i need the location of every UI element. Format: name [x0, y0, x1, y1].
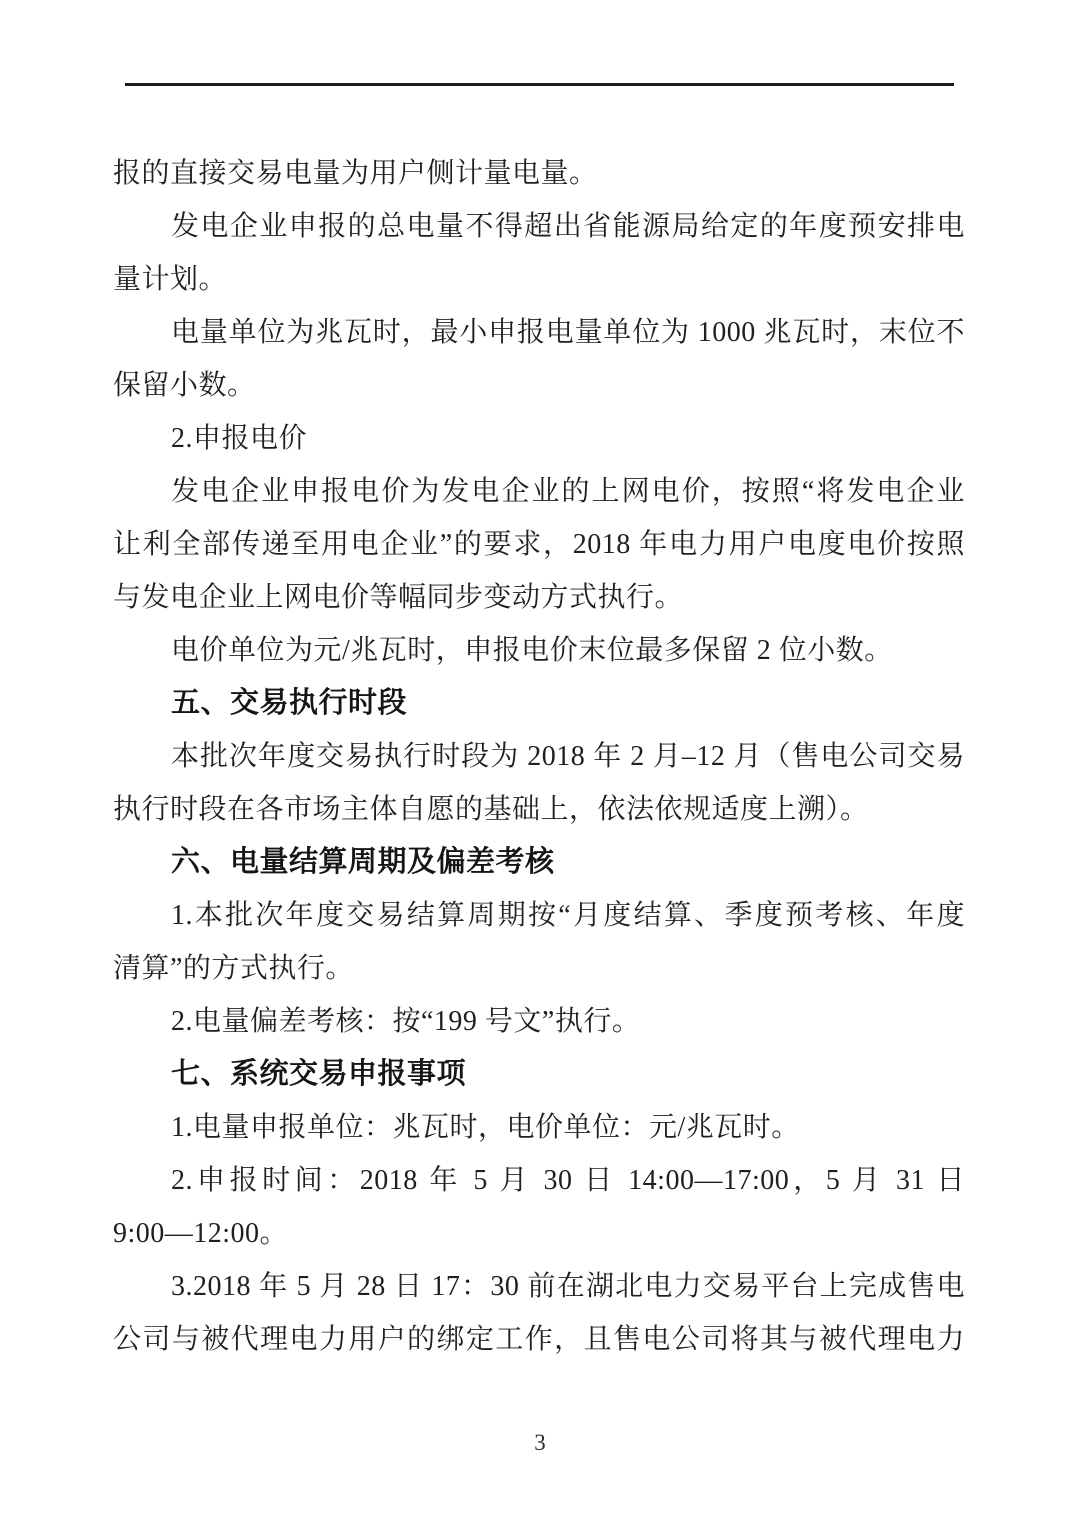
section-heading: 六、电量结算周期及偏差考核 — [113, 836, 965, 889]
text-line: 清算”的方式执行。 — [113, 942, 965, 995]
section-heading: 七、系统交易申报事项 — [113, 1048, 965, 1101]
text-line: 与发电企业上网电价等幅同步变动方式执行。 — [113, 571, 965, 624]
text-line: 电价单位为元/兆瓦时，申报电价末位最多保留 2 位小数。 — [113, 624, 965, 677]
text-line: 报的直接交易电量为用户侧计量电量。 — [113, 147, 965, 200]
text-line: 量计划。 — [113, 253, 965, 306]
text-line: 2.申报时间：2018 年 5 月 30 日 14:00—17:00，5 月 3… — [113, 1154, 965, 1207]
text-line: 发电企业申报电价为发电企业的上网电价，按照“将发电企业 — [113, 465, 965, 518]
header-rule — [125, 83, 954, 86]
text-line: 2.申报电价 — [113, 412, 965, 465]
text-line: 电量单位为兆瓦时，最小申报电量单位为 1000 兆瓦时，末位不 — [113, 306, 965, 359]
text-line: 1.电量申报单位：兆瓦时，电价单位：元/兆瓦时。 — [113, 1101, 965, 1154]
document-body: 报的直接交易电量为用户侧计量电量。发电企业申报的总电量不得超出省能源局给定的年度… — [113, 147, 965, 1366]
text-line: 3.2018 年 5 月 28 日 17：30 前在湖北电力交易平台上完成售电 — [113, 1260, 965, 1313]
text-line: 发电企业申报的总电量不得超出省能源局给定的年度预安排电 — [113, 200, 965, 253]
text-line: 2.电量偏差考核：按“199 号文”执行。 — [113, 995, 965, 1048]
document-page: 报的直接交易电量为用户侧计量电量。发电企业申报的总电量不得超出省能源局给定的年度… — [0, 0, 1080, 1526]
text-line: 执行时段在各市场主体自愿的基础上，依法依规适度上溯）。 — [113, 783, 965, 836]
text-line: 9:00—12:00。 — [113, 1207, 965, 1260]
text-line: 1.本批次年度交易结算周期按“月度结算、季度预考核、年度 — [113, 889, 965, 942]
page-number: 3 — [0, 1430, 1080, 1456]
text-line: 保留小数。 — [113, 359, 965, 412]
section-heading: 五、交易执行时段 — [113, 677, 965, 730]
text-line: 本批次年度交易执行时段为 2018 年 2 月–12 月（售电公司交易 — [113, 730, 965, 783]
text-line: 让利全部传递至用电企业”的要求，2018 年电力用户电度电价按照 — [113, 518, 965, 571]
text-line: 公司与被代理电力用户的绑定工作，且售电公司将其与被代理电力 — [113, 1313, 965, 1366]
